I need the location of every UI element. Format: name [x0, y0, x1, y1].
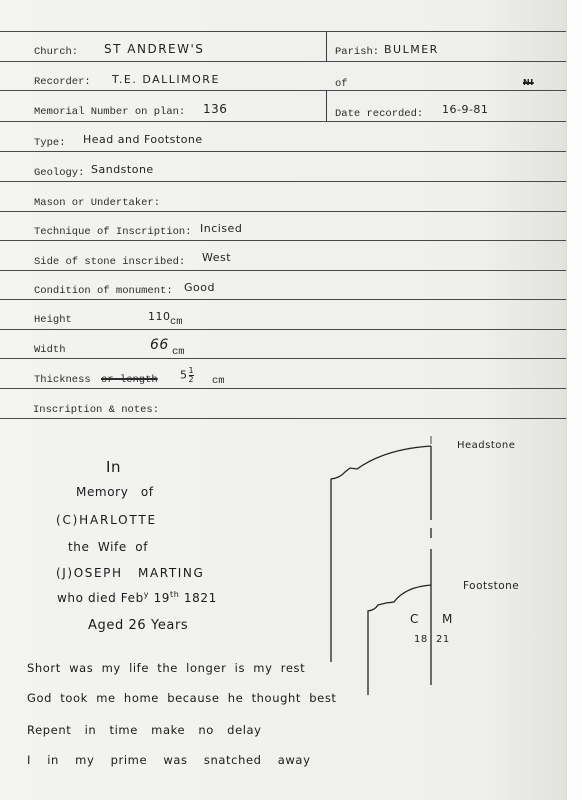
headstone-label: Headstone	[457, 440, 515, 451]
footstone-year-right: 21	[436, 634, 450, 645]
footstone-initial-left: C	[410, 612, 419, 626]
footstone-initial-right: M	[442, 612, 453, 626]
stone-outline-diagram	[0, 0, 582, 800]
headstone-outline	[331, 436, 431, 662]
footstone-year-left: 18	[414, 634, 428, 645]
footstone-label: Footstone	[463, 580, 519, 592]
